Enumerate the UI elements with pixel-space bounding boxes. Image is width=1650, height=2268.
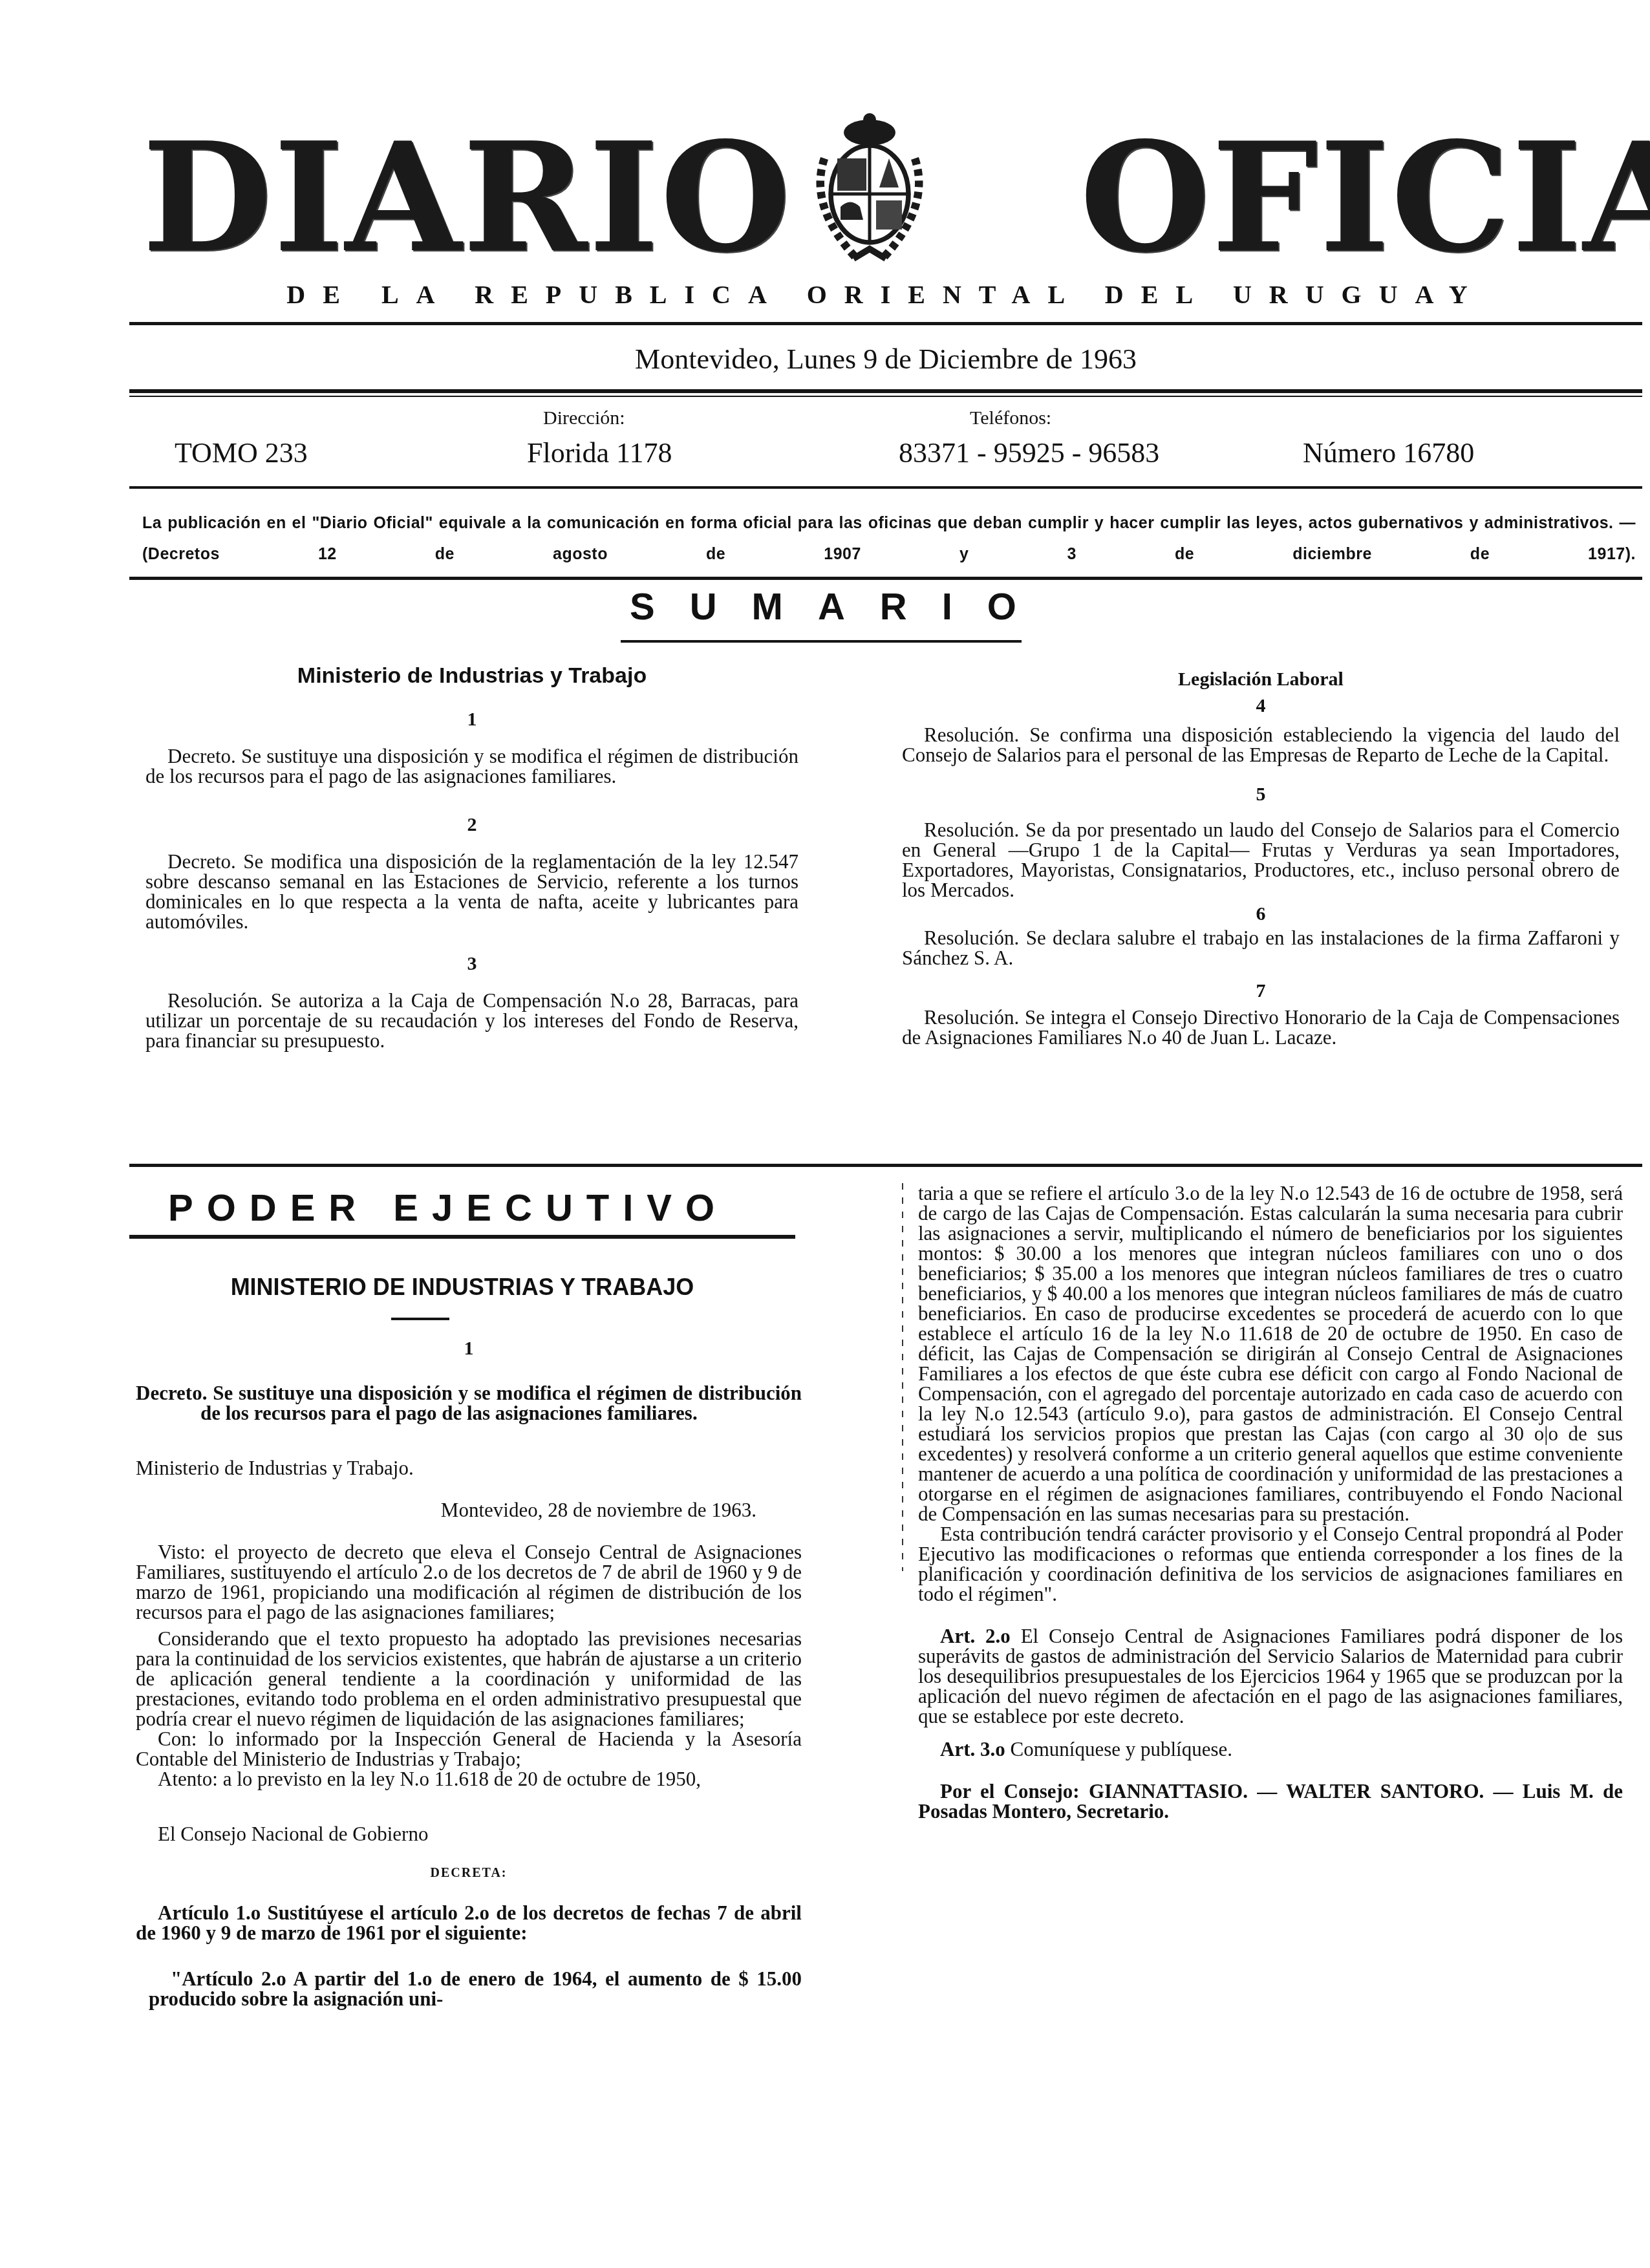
item-number: 5 bbox=[902, 784, 1620, 804]
dateline: Montevideo, Lunes 9 de Diciembre de 1963 bbox=[129, 343, 1642, 376]
sumario-item: Resolución. Se declara salubre el trabaj… bbox=[902, 928, 1620, 968]
item-number: 7 bbox=[902, 981, 1620, 1001]
rule-divider bbox=[129, 396, 1642, 397]
article-2-text: El Consejo Central de Asignaciones Famil… bbox=[918, 1625, 1623, 1728]
column-divider bbox=[902, 1183, 903, 1571]
decree-consejo: El Consejo Nacional de Gobierno bbox=[136, 1824, 802, 1844]
decreta-label: DECRETA: bbox=[136, 1863, 802, 1883]
sumario-left-column: Ministerio de Industrias y Trabajo 1 Dec… bbox=[145, 666, 798, 1051]
issue-number: Número 16780 bbox=[1303, 436, 1474, 469]
decree-article-2: Art. 2.o El Consejo Central de Asignacio… bbox=[918, 1626, 1623, 1726]
decree-continuation-2: Esta contribución tendrá carácter provis… bbox=[918, 1524, 1623, 1604]
decree-atento: Atento: a lo previsto en la ley N.o 11.6… bbox=[136, 1769, 802, 1789]
sumario-right-heading: Legislación Laboral bbox=[902, 669, 1620, 689]
coat-of-arms-icon bbox=[789, 110, 950, 272]
telefonos-label: Teléfonos: bbox=[970, 407, 1051, 429]
rule-divider bbox=[129, 1164, 1642, 1167]
masthead-title-left: DIARIO bbox=[142, 123, 792, 273]
masthead: DIARIO OFICIAL bbox=[142, 116, 1642, 278]
decree-signature: Por el Consejo: GIANNATTASIO. — WALTER S… bbox=[918, 1781, 1623, 1821]
decree-summary-lead: Decreto. bbox=[136, 1382, 207, 1404]
rule-divider bbox=[621, 640, 1022, 643]
section-title: PODER EJECUTIVO bbox=[168, 1186, 789, 1230]
sumario-item: Resolución. Se integra el Consejo Direct… bbox=[902, 1007, 1620, 1047]
decree-right-column: taria a que se refiere el artículo 3.o d… bbox=[918, 1183, 1623, 1821]
item-number: 1 bbox=[145, 709, 798, 729]
article-2-lead: Art. 2.o bbox=[940, 1625, 1011, 1647]
sumario-right-column: Legislación Laboral 4 Resolución. Se con… bbox=[902, 669, 1620, 1047]
masthead-subtitle: DE LA REPUBLICA ORIENTAL DEL URUGUAY bbox=[129, 279, 1642, 310]
sumario-item: Resolución. Se autoriza a la Caja de Com… bbox=[145, 990, 798, 1051]
decree-considerando: Considerando que el texto propuesto ha a… bbox=[136, 1629, 802, 1729]
decree-place-date: Montevideo, 28 de noviembre de 1963. bbox=[136, 1500, 802, 1520]
decree-article-3: Art. 3.o Comuníquese y publíquese. bbox=[918, 1739, 1623, 1759]
rule-divider bbox=[391, 1318, 449, 1320]
decree-summary-text: Se sustituye una disposición y se modifi… bbox=[200, 1382, 802, 1424]
tomo: TOMO 233 bbox=[175, 436, 308, 469]
sumario-left-heading: Ministerio de Industrias y Trabajo bbox=[145, 666, 798, 686]
direccion-label: Dirección: bbox=[543, 407, 625, 429]
sumario-title: SUMARIO bbox=[517, 585, 1164, 628]
legal-notice: La publicación en el "Diario Oficial" eq… bbox=[142, 508, 1636, 570]
telefonos: 83371 - 95925 - 96583 bbox=[899, 436, 1159, 469]
decree-left-column: 1 Decreto. Se sustituye una disposición … bbox=[136, 1338, 802, 2009]
sumario-item: Decreto. Se modifica una disposición de … bbox=[145, 851, 798, 932]
rule-divider bbox=[129, 1235, 795, 1239]
item-number: 6 bbox=[902, 904, 1620, 924]
rule-divider bbox=[129, 486, 1642, 489]
rule-divider bbox=[129, 389, 1642, 393]
decree-article-1: Artículo 1.o Sustitúyese el artículo 2.o… bbox=[136, 1903, 802, 1943]
decree-continuation: taria a que se refiere el artículo 3.o d… bbox=[918, 1183, 1623, 1524]
decree-origin: Ministerio de Industrias y Trabajo. bbox=[136, 1458, 802, 1478]
decree-number: 1 bbox=[136, 1338, 802, 1358]
item-number: 2 bbox=[145, 815, 798, 835]
issue-info-row: TOMO 233 Dirección: Florida 1178 Teléfon… bbox=[129, 407, 1642, 478]
sumario-item: Resolución. Se da por presentado un laud… bbox=[902, 820, 1620, 900]
ministry-heading: MINISTERIO DE INDUSTRIAS Y TRABAJO bbox=[139, 1274, 786, 1301]
item-number: 4 bbox=[902, 696, 1620, 716]
rule-divider bbox=[129, 322, 1642, 325]
item-number: 3 bbox=[145, 954, 798, 974]
sumario-item: Decreto. Se sustituye una disposición y … bbox=[145, 746, 798, 786]
decree-con: Con: lo informado por la Inspección Gene… bbox=[136, 1729, 802, 1769]
article-3-text: Comuníquese y publíquese. bbox=[1010, 1738, 1232, 1760]
masthead-title-right: OFICIAL bbox=[1080, 123, 1650, 273]
article-3-lead: Art. 3.o bbox=[940, 1738, 1005, 1760]
direccion: Florida 1178 bbox=[527, 436, 672, 469]
decree-summary: Decreto. Se sustituye una disposición y … bbox=[136, 1383, 802, 1423]
rule-divider bbox=[129, 577, 1642, 580]
decree-article-1-quote: "Artículo 2.o A partir del 1.o de enero … bbox=[136, 1969, 802, 2009]
sumario-item: Resolución. Se confirma una disposición … bbox=[902, 725, 1620, 765]
decree-visto: Visto: el proyecto de decreto que eleva … bbox=[136, 1542, 802, 1622]
